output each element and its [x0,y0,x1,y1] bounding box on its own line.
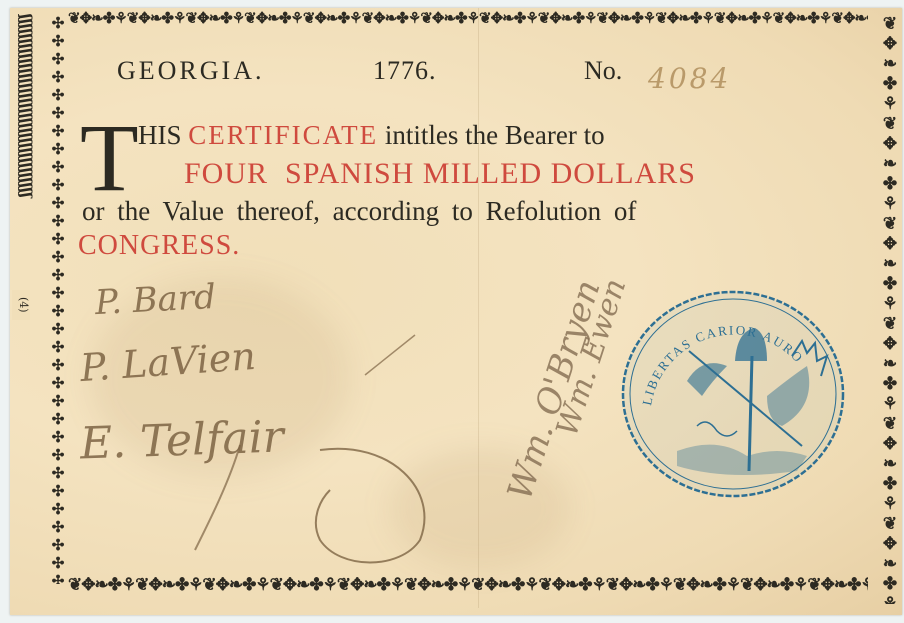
top-ornamental-border: ❦✥❧✤⚘❦✥❧✤⚘❦✥❧✤⚘❦✥❧✤⚘❦✥❧✤⚘❦✥❧✤⚘❦✥❧✤⚘❦✥❧✤⚘… [68,8,868,30]
state-name: GEORGIA. [117,56,265,86]
bottom-ornamental-border: ❦✥❧✤⚘❦✥❧✤⚘❦✥❧✤⚘❦✥❧✤⚘❦✥❧✤⚘❦✥❧✤⚘❦✥❧✤⚘❦✥❧✤⚘… [68,572,868,598]
certificate-line-1: HIS CERTIFICATE intitles the Bearer to [138,120,605,151]
drop-cap: T [80,110,139,206]
value-line: or the Value thereof, according to Refol… [82,196,636,227]
signature-descender [180,440,260,560]
fold-line [478,8,479,608]
denomination-line: FOUR SPANISH MILLED DOLLARS [184,157,696,191]
certificate-word: CERTIFICATE [188,120,378,150]
left-inner-border: ✣✣✣✣✣✣✣✣✣✣✣✣✣✣✣✣✣✣✣✣✣✣✣✣✣✣✣✣✣✣✣✣✣✣✣✣✣✣✣✣ [44,14,66,584]
signature-stroke [360,330,420,380]
serial-number: 4084 [648,62,731,95]
issue-year: 1776. [373,56,437,86]
signature-1: P. Bard [94,277,217,323]
line1-start: HIS [138,120,182,150]
signature-flourish [300,430,450,580]
number-label: No. [584,56,622,86]
right-ornamental-border: ❦✥❧✤⚘❦✥❧✤⚘❦✥❧✤⚘❦✥❧✤⚘❦✥❧✤⚘❦✥❧✤⚘❦✥❧✤⚘❦✥❧✤⚘… [868,14,898,604]
congress-line: CONGRESS. [78,230,240,262]
liberty-seal: LIBERTAS CARIOR AURO [617,286,849,502]
line1-end: intitles the Bearer to [385,120,605,150]
side-denomination-mark: (4) [12,290,30,320]
